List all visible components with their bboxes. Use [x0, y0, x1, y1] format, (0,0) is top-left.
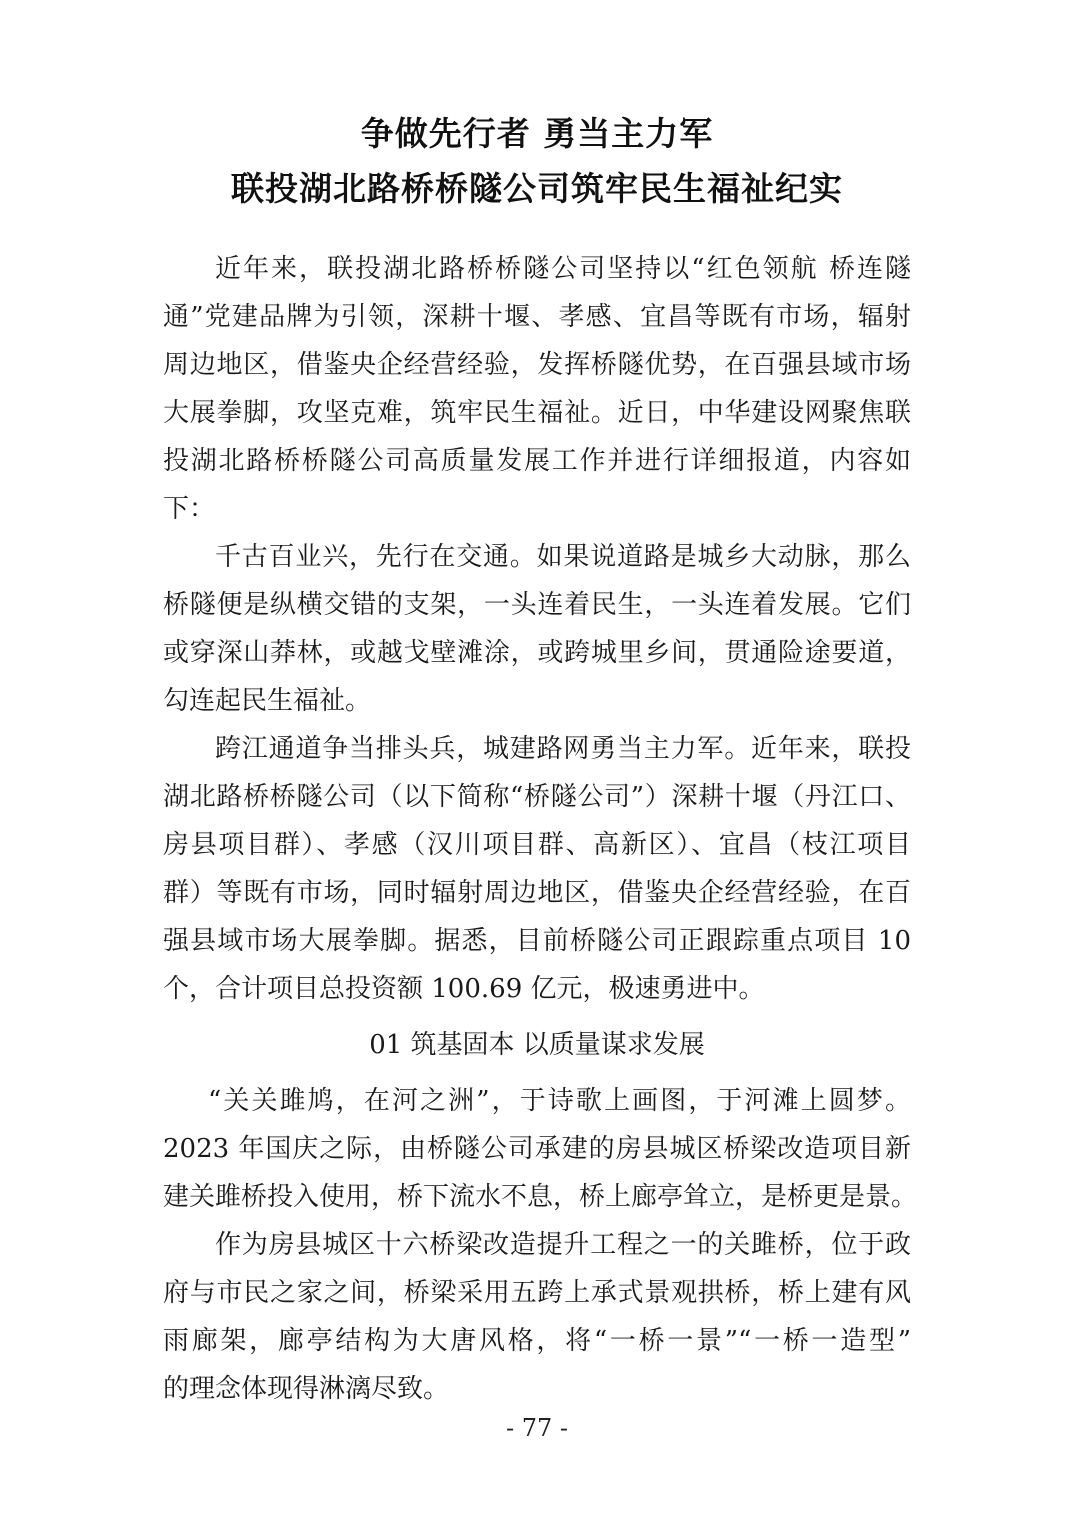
document-title-line-1: 争做先行者 勇当主力军 [0, 108, 1074, 155]
paragraph-line: 强县域市场大展拳脚。据悉，目前桥隧公司正跟踪重点项目 10 [163, 924, 911, 958]
document-title-line-2: 联投湖北路桥桥隧公司筑牢民生福祉纪实 [0, 163, 1074, 210]
paragraph-line: 大展拳脚，攻坚克难，筑牢民生福祉。近日，中华建设网聚焦联 [163, 396, 911, 430]
paragraph-line: 近年来，联投湖北路桥桥隧公司坚持以“红色领航 桥连隧 [215, 252, 911, 286]
paragraph-line: 个，合计项目总投资额 100.69 亿元，极速勇进中。 [163, 972, 911, 1006]
paragraph-line: 桥隧便是纵横交错的支架，一头连着民生，一头连着发展。它们 [163, 588, 911, 622]
paragraph-line: 或穿深山莽林，或越戈壁滩涂，或跨城里乡间，贯通险途要道， [163, 636, 911, 670]
paragraph-line: 湖北路桥桥隧公司（以下简称“桥隧公司”）深耕十堰（丹江口、 [163, 780, 911, 814]
paragraph-line: 的理念体现得淋漓尽致。 [163, 1372, 911, 1406]
paragraph-line: 府与市民之家之间，桥梁采用五跨上承式景观拱桥，桥上建有风 [163, 1276, 911, 1310]
paragraph-line: 作为房县城区十六桥梁改造提升工程之一的关雎桥，位于政 [215, 1228, 911, 1262]
paragraph-line: 2023 年国庆之际，由桥隧公司承建的房县城区桥梁改造项目新 [163, 1132, 911, 1166]
paragraph-line: 跨江通道争当排头兵，城建路网勇当主力军。近年来，联投 [215, 732, 911, 766]
paragraph-line: 投湖北路桥桥隧公司高质量发展工作并进行详细报道，内容如 [163, 444, 911, 478]
paragraph-line: 周边地区，借鉴央企经营经验，发挥桥隧优势，在百强县域市场 [163, 348, 911, 382]
paragraph-line: 房县项目群）、孝感（汉川项目群、高新区）、宜昌（枝江项目 [163, 828, 911, 862]
paragraph-line: 通”党建品牌为引领，深耕十堰、孝感、宜昌等既有市场，辐射 [163, 300, 911, 334]
paragraph-line: 雨廊架，廊亭结构为大唐风格，将“一桥一景”“一桥一造型” [163, 1324, 911, 1358]
section-heading: 01 筑基固本 以质量谋求发展 [0, 1028, 1074, 1062]
page-number: - 77 - [0, 1412, 1074, 1444]
paragraph-line: 千古百业兴，先行在交通。如果说道路是城乡大动脉，那么 [215, 540, 911, 574]
paragraph-line: 建关雎桥投入使用，桥下流水不息，桥上廊亭耸立，是桥更是景。 [163, 1180, 911, 1214]
paragraph-line: 勾连起民生福祉。 [163, 684, 911, 718]
paragraph-line: 群）等既有市场，同时辐射周边地区，借鉴央企经营经验，在百 [163, 876, 911, 910]
paragraph-line: 下： [163, 492, 911, 526]
paragraph-line: “关关雎鸠，在河之洲”，于诗歌上画图，于河滩上圆梦。 [208, 1084, 911, 1118]
document-page: 争做先行者 勇当主力军 联投湖北路桥桥隧公司筑牢民生福祉纪实 近年来，联投湖北路… [0, 0, 1074, 1520]
